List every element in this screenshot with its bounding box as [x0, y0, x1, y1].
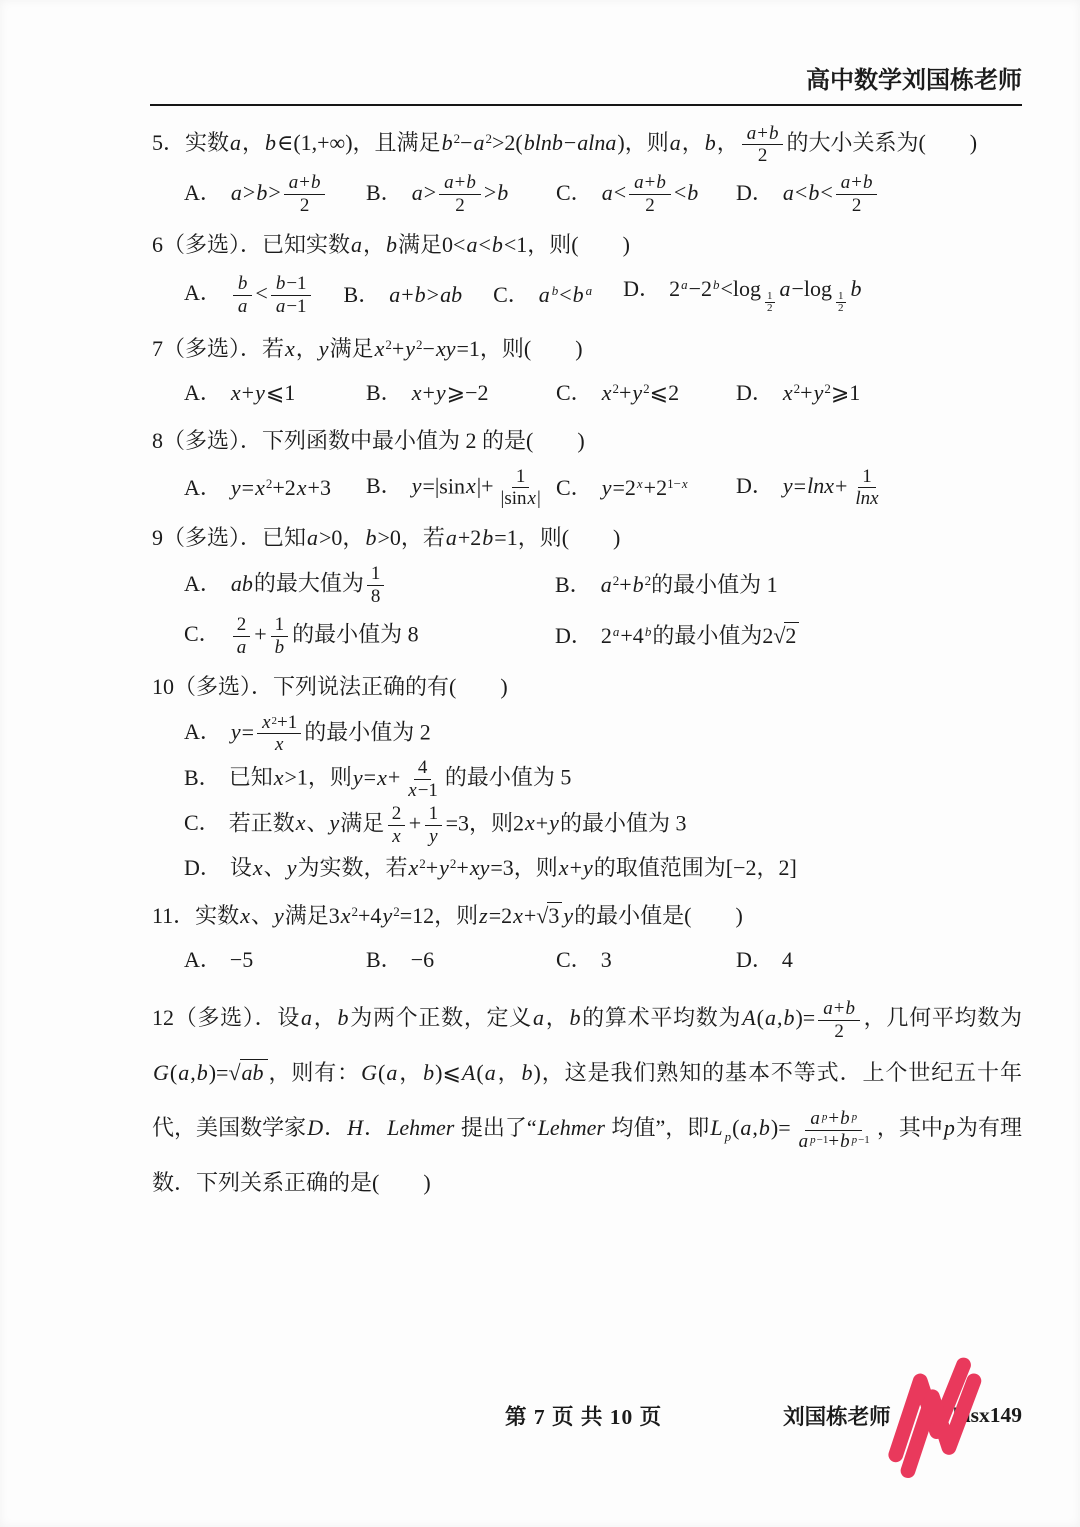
question-8-stem: 8（多选）．下列函数中最小值为 2 的是( ) [152, 424, 1022, 457]
question-7: 7（多选）．若x，y满足x2+y2−xy=1，则( ) A．x+y⩽1 B．x+… [150, 332, 1022, 409]
question-11-stem: 11．实数x、y满足3x2+4y2=12，则z=2x+√3y的最小值是( ) [152, 899, 1022, 932]
question-12-stem: 12（多选）．设a，b为两个正数，定义a，b的算术平均数为A(a,b)=a+b2… [152, 990, 1022, 1210]
question-10-options: A．y=x2+1x的最小值为 2 B．已知x>1，则y=x+4x−1的最小值为 … [184, 716, 1022, 884]
question-8-option-c: C．y=2x+21−x [556, 473, 736, 504]
question-10-option-a: A．y=x2+1x的最小值为 2 [184, 716, 1022, 753]
signature-area: 刘国栋老师 ldsx149 [783, 1400, 1022, 1431]
question-5-option-d: D．a<b<a+b2 [736, 176, 1022, 213]
question-10-option-d: D．设x、y为实数，若x2+y2+xy=3，则x+y的取值范围为[−2，2] [184, 853, 1022, 884]
question-8-option-a: A．y=x2+2x+3 [184, 473, 366, 504]
question-10-stem: 10（多选）．下列说法正确的有( ) [152, 670, 1022, 703]
question-7-option-a: A．x+y⩽1 [184, 378, 366, 409]
question-9-option-b: B．a2+b2的最小值为 1 [555, 570, 1022, 601]
question-11-options: A．−5 B．−6 C．3 D．4 [184, 945, 1022, 976]
question-7-stem: 7（多选）．若x，y满足x2+y2−xy=1，则( ) [152, 332, 1022, 365]
question-5-option-b: B．a>a+b2>b [366, 176, 556, 213]
question-9-option-a: A．ab的最大值为18 [184, 567, 555, 604]
content: 5．实数a，b∈(1,+∞)，且满足b2−a2>2(blnb−alna)，则a，… [150, 126, 1022, 1225]
question-9: 9（多选）．已知a>0，b>0，若a+2b=1，则( ) A．ab的最大值为18… [150, 521, 1022, 654]
question-10: 10（多选）．下列说法正确的有( ) A．y=x2+1x的最小值为 2 B．已知… [150, 670, 1022, 884]
question-9-options: A．ab的最大值为18 B．a2+b2的最小值为 1 C．2a+1b的最小值为 … [184, 567, 1022, 654]
question-5-option-a: A．a>b>a+b2 [184, 176, 366, 213]
question-9-option-d: D．2a+4b的最小值为2√2 [555, 621, 1022, 652]
worksheet-page: 高中数学刘国栋老师 5．实数a，b∈(1,+∞)，且满足b2−a2>2(blnb… [0, 0, 1080, 1527]
question-5-option-c: C．a<a+b2<b [556, 176, 736, 213]
question-6-option-a: A．ba<b−1a−1 [184, 277, 314, 314]
signature-scribble-icon [875, 1354, 991, 1481]
question-8-option-d: D．y=lnx+1lnx [736, 470, 1022, 507]
question-6-options: A．ba<b−1a−1 B．a+b>ab C．ab<ba D．2a−2b<log… [184, 274, 1022, 317]
question-6: 6（多选）．已知实数a，b满足0<a<b<1，则( ) A．ba<b−1a−1 … [150, 228, 1022, 317]
question-8: 8（多选）．下列函数中最小值为 2 的是( ) A．y=x2+2x+3 B．y=… [150, 424, 1022, 507]
question-9-option-c: C．2a+1b的最小值为 8 [184, 618, 555, 655]
question-7-option-d: D．x2+y2⩾1 [736, 378, 1022, 409]
question-5: 5．实数a，b∈(1,+∞)，且满足b2−a2>2(blnb−alna)，则a，… [150, 126, 1022, 213]
question-11-option-d: D．4 [736, 945, 1022, 976]
question-11-option-a: A．−5 [184, 945, 366, 976]
question-10-option-c: C．若正数x、y满足2x+1y=3，则2x+y的最小值为 3 [184, 807, 1022, 844]
question-7-option-c: C．x2+y2⩽2 [556, 378, 736, 409]
question-12: 12（多选）．设a，b为两个正数，定义a，b的算术平均数为A(a,b)=a+b2… [150, 990, 1022, 1210]
question-5-stem: 5．实数a，b∈(1,+∞)，且满足b2−a2>2(blnb−alna)，则a，… [152, 126, 1022, 163]
question-8-options: A．y=x2+2x+3 B．y=|sinx|+1|sinx| C．y=2x+21… [184, 470, 1022, 507]
question-6-option-c: C．ab<ba [493, 280, 593, 311]
page-number: 第 7 页 共 10 页 [505, 1400, 662, 1431]
question-11: 11．实数x、y满足3x2+4y2=12，则z=2x+√3y的最小值是( ) A… [150, 899, 1022, 976]
header: 高中数学刘国栋老师 [150, 60, 1022, 106]
question-6-option-d: D．2a−2b<log12a−log12b [623, 274, 862, 317]
question-7-options: A．x+y⩽1 B．x+y⩾−2 C．x2+y2⩽2 D．x2+y2⩾1 [184, 378, 1022, 409]
question-10-option-b: B．已知x>1，则y=x+4x−1的最小值为 5 [184, 761, 1022, 798]
question-8-option-b: B．y=|sinx|+1|sinx| [366, 470, 556, 507]
footer: 第 7 页 共 10 页 刘国栋老师 ldsx149 [150, 1392, 1022, 1452]
question-11-option-c: C．3 [556, 945, 736, 976]
question-5-options: A．a>b>a+b2 B．a>a+b2>b C．a<a+b2<b D．a<b<a… [184, 176, 1022, 213]
question-7-option-b: B．x+y⩾−2 [366, 378, 556, 409]
question-11-option-b: B．−6 [366, 945, 556, 976]
question-6-stem: 6（多选）．已知实数a，b满足0<a<b<1，则( ) [152, 228, 1022, 261]
question-6-option-b: B．a+b>ab [344, 280, 464, 311]
question-9-stem: 9（多选）．已知a>0，b>0，若a+2b=1，则( ) [152, 521, 1022, 554]
header-title: 高中数学刘国栋老师 [806, 68, 1022, 94]
teacher-name: 刘国栋老师 [783, 1400, 891, 1431]
